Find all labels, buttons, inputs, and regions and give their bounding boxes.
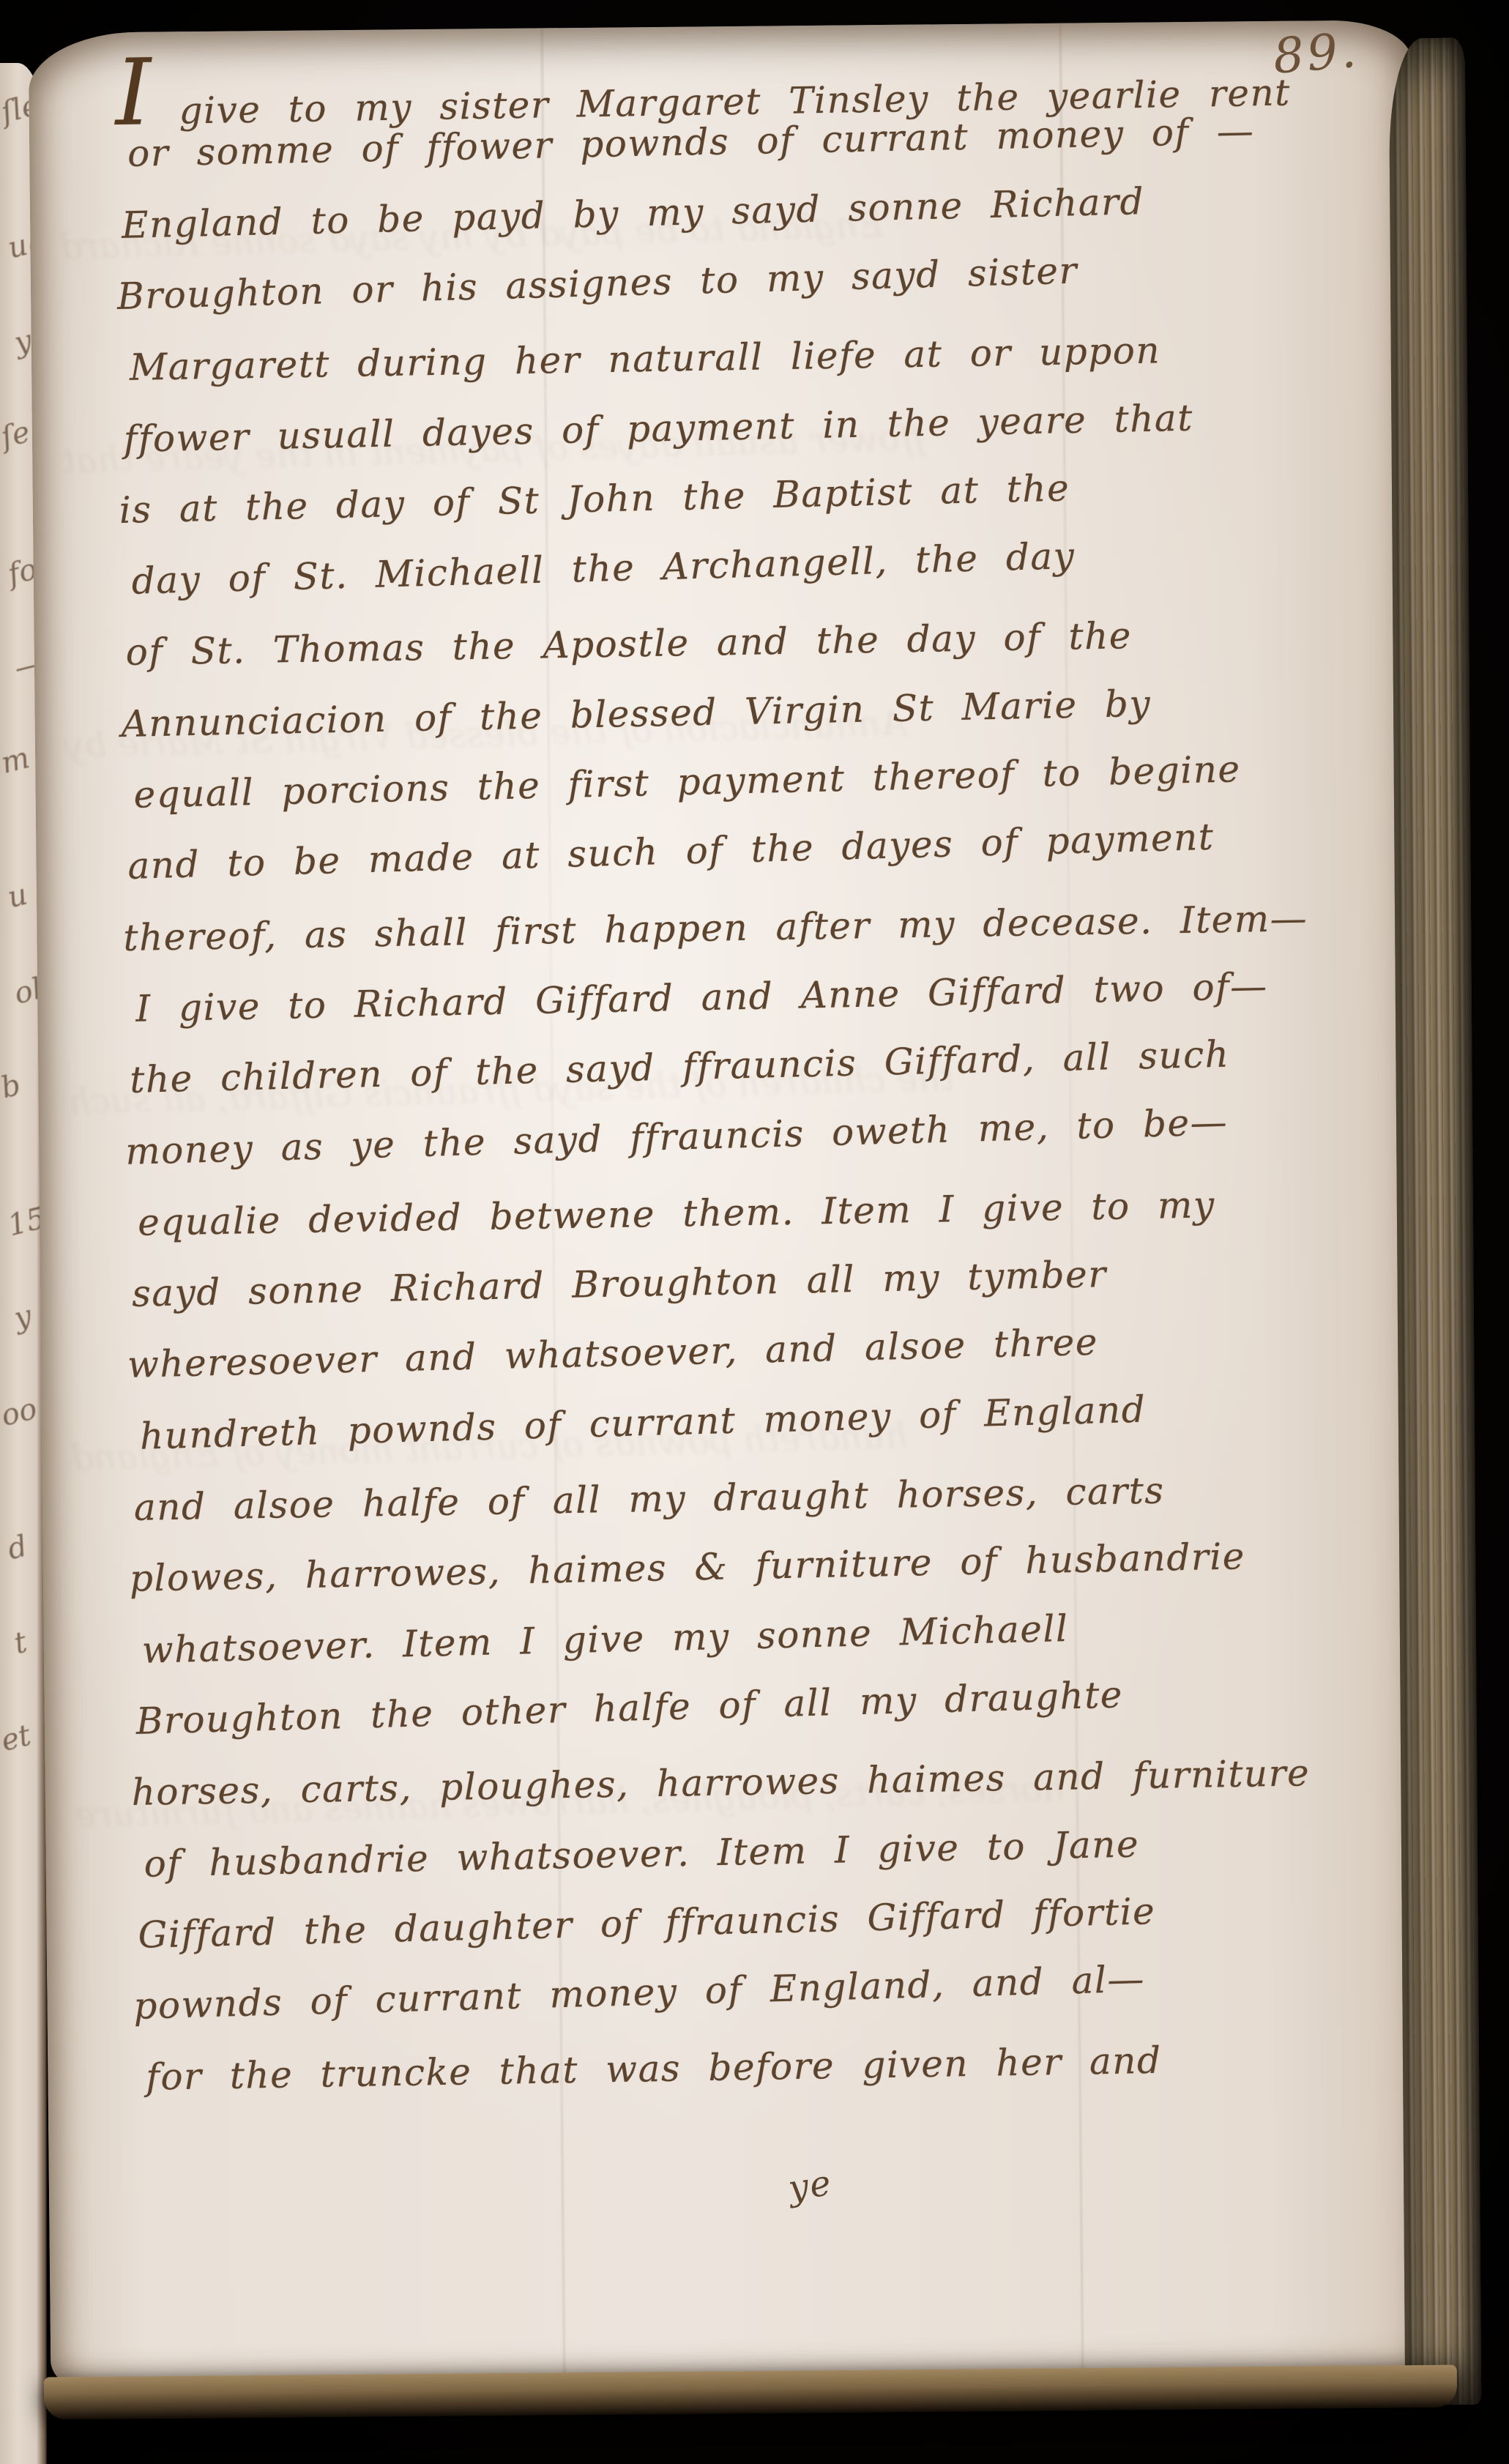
manuscript-line: Giffard the daughter of ffrauncis Giffar… xyxy=(138,1890,1156,1957)
edge-ink-fragment: t xyxy=(11,1626,31,1661)
manuscript-text: I give to my sister Margaret Tinsley the… xyxy=(29,20,1411,33)
manuscript-line: and alsoe halfe of all my draught horses… xyxy=(133,1470,1164,1529)
manuscript-line: for the truncke that was before given he… xyxy=(146,2039,1162,2099)
manuscript-line: thereof, as shall first happen after my … xyxy=(123,897,1308,959)
manuscript-page: 89. England to be payd by my sayd sonne … xyxy=(29,20,1434,2389)
edge-ink-fragment: oo xyxy=(0,1392,40,1433)
edge-ink-fragment: y xyxy=(11,1299,35,1336)
photo-canvas: ſleugydſefor—muolb15yoodtet 89. England … xyxy=(0,0,1509,2464)
edge-ink-fragment: u xyxy=(4,878,31,915)
edge-ink-fragment: b xyxy=(0,1068,24,1106)
manuscript-line: wheresoever and whatsoever, and alsoe th… xyxy=(127,1321,1098,1386)
manuscript-line: Margarett during her naturall liefe at o… xyxy=(130,330,1161,389)
manuscript-line: of husbandrie whatsoever. Item I give to… xyxy=(144,1823,1139,1885)
manuscript-line: Broughton the other halfe of all my drau… xyxy=(135,1673,1124,1742)
edge-ink-fragment: et xyxy=(0,1719,34,1758)
edge-ink-fragment: d xyxy=(4,1530,31,1567)
book-fore-edge xyxy=(1389,38,1482,2405)
manuscript-line: whatsoever. Item I give my sonne Michael… xyxy=(141,1607,1069,1672)
catchword: ye xyxy=(786,2162,835,2209)
manuscript-line: of St. Thomas the Apostle and the day of… xyxy=(125,615,1132,674)
manuscript-line: day of St. Michaell the Archangell, the … xyxy=(131,535,1076,603)
manuscript-line: pownds of currant money of England, and … xyxy=(133,1958,1146,2028)
edge-ink-fragment: ſe xyxy=(0,415,33,455)
manuscript-line: plowes, harrowes, haimes & furniture of … xyxy=(129,1536,1245,1601)
manuscript-line: I give to Richard Giffard and Anne Giffa… xyxy=(135,965,1268,1030)
manuscript-line: equalie devided betwene them. Item I giv… xyxy=(138,1183,1215,1243)
ink-show-through: England to be payd by my sayd sonne Rich… xyxy=(29,20,1411,33)
edge-ink-fragment: m xyxy=(0,741,33,781)
manuscript-line: sayd sonne Richard Broughton all my tymb… xyxy=(132,1253,1108,1315)
manuscript-line: and to be made at such of the dayes of p… xyxy=(127,816,1215,887)
